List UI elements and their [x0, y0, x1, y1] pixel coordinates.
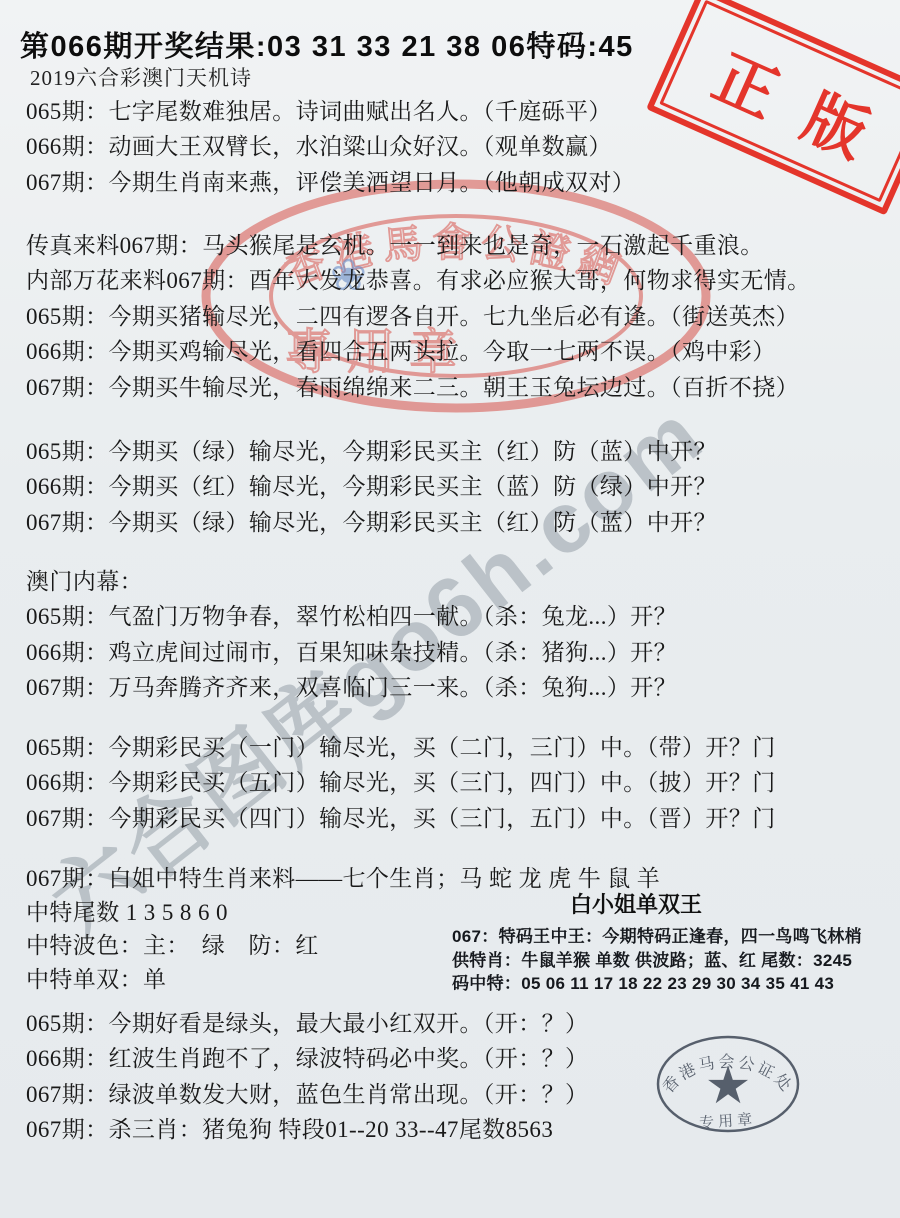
baixiaojie-title: 白小姐单双王: [570, 888, 702, 919]
macau-line: 067期：万马奔腾齐齐来，双喜临门三一来。（杀：兔狗...）开？: [26, 670, 677, 705]
door-line: 065期：今期彩民买（一门）输尽光，买（二门，三门）中。（带）开？门: [26, 730, 776, 765]
door-line: 067期：今期彩民买（四门）输尽光，买（三门，五门）中。（晋）开？门: [26, 801, 776, 836]
fax-line: 066期：今期买鸡输尽光，看四合五两头拉。今取一七两不误。（鸡中彩）: [26, 334, 811, 369]
fax-line: 传真来料067期：马头猴尾是玄机。一一到来也是奇，一石激起千重浪。: [26, 228, 811, 263]
macau-insider-section: 澳门内幕： 065期：气盈门万物争春，翠竹松柏四一献。（杀：兔龙...）开？ 0…: [26, 564, 677, 706]
final-line: 067期：绿波单数发大财，蓝色生肖常出现。（开：？）: [26, 1077, 588, 1112]
final-tips-section: 065期：今期好看是绿头，最大最小红双开。（开：？） 066期：红波生肖跑不了，…: [26, 1006, 588, 1148]
macau-line: 066期：鸡立虎间过闹市，百果知味杂技精。（杀：猪狗...）开？: [26, 635, 677, 670]
color-tip-line: 066期：今期买（红）输尽光，今期彩民买主（蓝）防（绿）中开？: [26, 469, 717, 504]
color-tip-line: 067期：今期买（绿）输尽光，今期彩民买主（红）防（蓝）中开？: [26, 505, 717, 540]
doors-section: 065期：今期彩民买（一门）输尽光，买（二门，三门）中。（带）开？门 066期：…: [26, 730, 776, 836]
baixiaojie-line: 供特肖：牛鼠羊猴 单数 供波路；蓝、红 尾数：3245: [452, 949, 862, 973]
final-line: 065期：今期好看是绿头，最大最小红双开。（开：？）: [26, 1006, 588, 1041]
poem-line: 067期：今期生肖南来燕，评偿美酒望日月。（他朝成双对）: [26, 165, 635, 200]
color-tip-line: 065期：今期买（绿）输尽光，今期彩民买主（红）防（蓝）中开？: [26, 434, 717, 469]
genuine-stamp-label: 正版: [669, 13, 900, 189]
final-line: 066期：红波生肖跑不了，绿波特码必中奖。（开：？）: [26, 1041, 588, 1076]
baijie-line: 中特尾数 1 3 5 8 6 0: [26, 896, 660, 930]
fax-line: 067期：今期买牛输尽光，春雨绵绵来二三。朝王玉兔坛边过。（百折不挠）: [26, 370, 811, 405]
poem-line: 066期：动画大王双臂长，水泊粱山众好汉。（观单数赢）: [26, 129, 635, 164]
star-icon: ★: [705, 1058, 752, 1115]
macau-line: 065期：气盈门万物争春，翠竹松柏四一献。（杀：兔龙...）开？: [26, 599, 677, 634]
notary-seal: 香港马会公证处 ★ 专用章: [650, 1030, 810, 1145]
door-line: 066期：今期彩民买（五门）输尽光，买（三门，四门）中。（披）开？门: [26, 765, 776, 800]
baixiaojie-block: 067：特码王中王：今期特码正逢春，四一鸟鸣飞林梢 供特肖：牛鼠羊猴 单数 供波…: [452, 925, 862, 996]
fax-info-section: 传真来料067期：马头猴尾是玄机。一一到来也是奇，一石激起千重浪。 内部万花来料…: [26, 228, 811, 405]
poem-line: 065期：七字尾数难独居。诗词曲赋出名人。（千庭砾平）: [26, 94, 635, 129]
page-title: 第066期开奖结果:03 31 33 21 38 06特码:45: [20, 24, 634, 65]
macau-heading: 澳门内幕：: [26, 564, 677, 599]
fax-line: 内部万花来料067期：酉年大发龙恭喜。有求必应猴大哥，何物求得实无情。: [26, 263, 811, 298]
color-tips-section: 065期：今期买（绿）输尽光，今期彩民买主（红）防（蓝）中开？ 066期：今期买…: [26, 434, 717, 540]
baixiaojie-line: 067：特码王中王：今期特码正逢春，四一鸟鸣飞林梢: [452, 925, 862, 949]
genuine-stamp-inner-border: 正版: [659, 0, 900, 202]
fax-line: 065期：今期买猪输尽光，二四有逻各自开。七九坐后必有逢。（街送英杰）: [26, 299, 811, 334]
baixiaojie-line: 码中特：05 06 11 17 18 22 23 29 30 34 35 41 …: [452, 972, 862, 996]
tianji-poem-section: 065期：七字尾数难独居。诗词曲赋出名人。（千庭砾平） 066期：动画大王双臂长…: [26, 94, 635, 200]
final-line: 067期：杀三肖：猪兔狗 特段01--20 33--47尾数8563: [26, 1112, 588, 1147]
page-subtitle: 2019六合彩澳门天机诗: [30, 62, 252, 92]
baijie-line: 067期：白姐中特生肖来料——七个生肖；马 蛇 龙 虎 牛 鼠 羊: [26, 862, 660, 896]
